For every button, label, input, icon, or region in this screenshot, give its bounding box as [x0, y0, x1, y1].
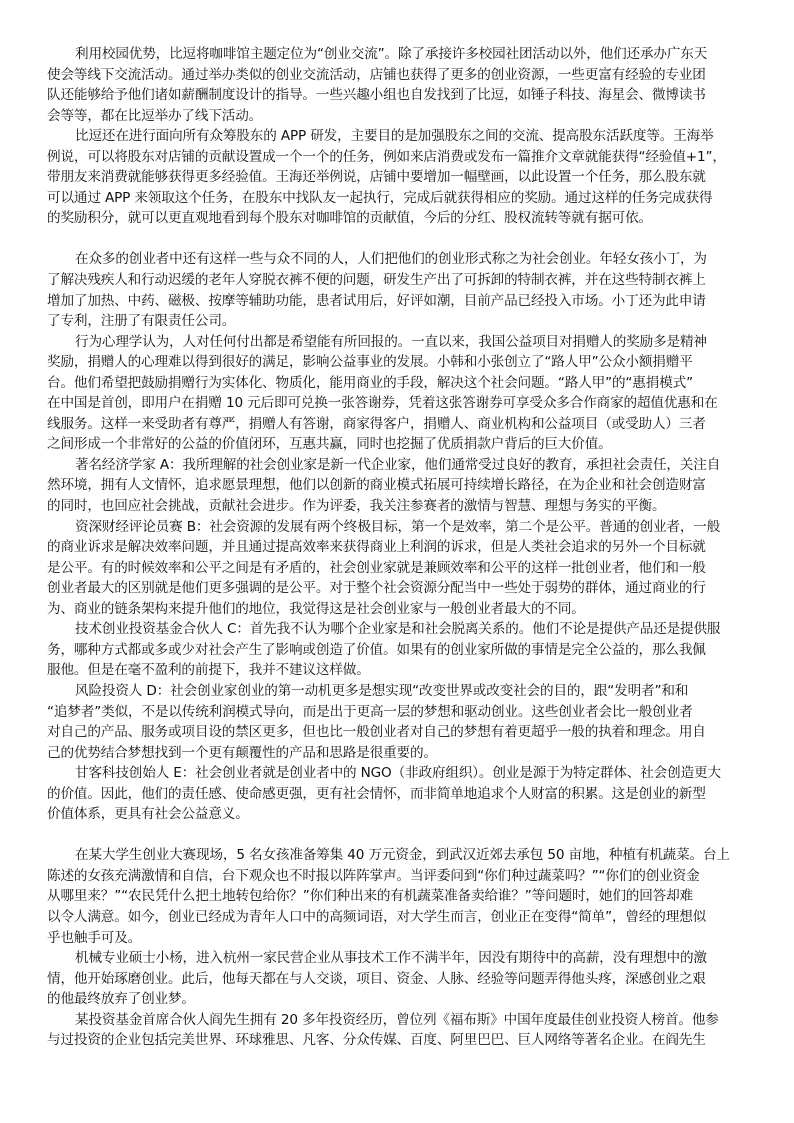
- paragraph: 风险投资人 D：社会创业家创业的第一动机更多是想实现“改变世界或改变社会的目的，…: [47, 681, 737, 763]
- section-spacer: [47, 229, 737, 250]
- text-line: 对自己的产品、服务或项目设的禁区更多，但也比一般创业者对自己的梦想有着更超乎一般…: [47, 722, 737, 743]
- text-line: 的商业诉求是解决效率问题，并且通过提高效率来获得商业上利润的诉求，但是人类社会追…: [47, 537, 737, 558]
- text-line: 例说，可以将股东对店铺的贡献设置成一个一个的任务，例如来店消费或发布一篇推介文章…: [47, 147, 737, 168]
- text-line: 某投资基金首席合伙人阎先生拥有 20 多年投资经历，曾位列《福布斯》中国年度最佳…: [47, 1010, 737, 1031]
- document-page: 利用校园优势，比逗将咖啡馆主题定位为“创业交流”。除了承接许多校园社团活动以外，…: [47, 44, 737, 1051]
- text-line: 使会等线下交流活动。通过举办类似的创业交流活动，店铺也获得了更多的创业资源，一些…: [47, 65, 737, 86]
- paragraph: 资深财经评论员赛 B：社会资源的发展有两个终极目标，第一个是效率，第二个是公平。…: [47, 517, 737, 620]
- text-line: 队还能够给予他们诸如薪酬制度设计的指导。一些兴趣小组也自发找到了比逗，如锤子科技…: [47, 85, 737, 106]
- text-line: 陈述的女孩充满激情和自信，台下观众也不时报以阵阵掌声。当评委问到“你们种过蔬菜吗…: [47, 866, 737, 887]
- text-line: 的他最终放弃了创业梦。: [47, 989, 737, 1010]
- text-line: 的价值。因此，他们的责任感、使命感更强，更有社会情怀，而非简单地追求个人财富的积…: [47, 784, 737, 805]
- text-line: 服他。但是在毫不盈利的前提下，我并不建议这样做。: [47, 660, 737, 681]
- paragraph: 利用校园优势，比逗将咖啡馆主题定位为“创业交流”。除了承接许多校园社团活动以外，…: [47, 44, 737, 126]
- text-line: 的奖励积分，就可以更直观地看到每个股东对咖啡馆的贡献值，今后的分红、股权流转等就…: [47, 208, 737, 229]
- text-line: 线服务。这样一来受助者有尊严，捐赠人有答谢，商家得客户，捐赠人、商业机构和公益项…: [47, 414, 737, 435]
- text-line: 资深财经评论员赛 B：社会资源的发展有两个终极目标，第一个是效率，第二个是公平。…: [47, 517, 737, 538]
- text-line: 著名经济学家 A：我所理解的社会创业家是新一代企业家，他们通常受过良好的教育，承…: [47, 455, 737, 476]
- text-line: 机械专业硕士小杨，进入杭州一家民营企业从事技术工作不满半年，因没有期待中的高薪，…: [47, 948, 737, 969]
- text-line: 技术创业投资基金合伙人 C：首先我不认为哪个企业家是和社会脱离关系的。他们不论是…: [47, 619, 737, 640]
- text-line: 增加了加热、中药、磁极、按摩等辅助功能，患者试用后，好评如潮，目前产品已经投入市…: [47, 291, 737, 312]
- text-line: 利用校园优势，比逗将咖啡馆主题定位为“创业交流”。除了承接许多校园社团活动以外，…: [47, 44, 737, 65]
- text-line: 可以通过 APP 来领取这个任务，在股东中找队友一起执行，完成后就获得相应的奖励…: [47, 188, 737, 209]
- text-line: 风险投资人 D：社会创业家创业的第一动机更多是想实现“改变世界或改变社会的目的，…: [47, 681, 737, 702]
- text-line: 在众多的创业者中还有这样一些与众不同的人，人们把他们的创业形式称之为社会创业。年…: [47, 249, 737, 270]
- paragraph: 在众多的创业者中还有这样一些与众不同的人，人们把他们的创业形式称之为社会创业。年…: [47, 249, 737, 331]
- text-line: 了解决残疾人和行动迟缓的老年人穿脱衣裤不便的问题，研发生产出了可拆卸的特制衣裤，…: [47, 270, 737, 291]
- text-line: 为、商业的链条架构来提升他们的地位，我觉得这是社会创业家与一般创业者最大的不同。: [47, 599, 737, 620]
- text-line: 然环境，拥有人文情怀，追求愿景理想，他们以创新的商业模式拓展可持续增长路径，在为…: [47, 475, 737, 496]
- text-line: 情，他开始琢磨创业。此后，他每天都在与人交谈，项目、资金、人脉、经验等问题弄得他…: [47, 969, 737, 990]
- text-line: 从哪里来？”“农民凭什么把土地转包给你？”你们种出来的有机蔬菜准备卖给谁？”等问…: [47, 886, 737, 907]
- text-line: 是公平。有的时候效率和公平之间是有矛盾的，社会创业家就是兼顾效率和公平的这样一批…: [47, 558, 737, 579]
- text-line: 会等等，都在比逗举办了线下活动。: [47, 106, 737, 127]
- paragraph: 比逗还在进行面向所有众筹股东的 APP 研发，主要目的是加强股东之间的交流、提高…: [47, 126, 737, 229]
- paragraph: 甘客科技创始人 E：社会创业者就是创业者中的 NGO（非政府组织）。创业是源于为…: [47, 763, 737, 825]
- text-line: 了专利，注册了有限责任公司。: [47, 311, 737, 332]
- section-cafe: 利用校园优势，比逗将咖啡馆主题定位为“创业交流”。除了承接许多校园社团活动以外，…: [47, 44, 737, 229]
- text-line: 台。他们希望把鼓励捐赠行为实体化、物质化，能用商业的手段，解决这个社会问题。“路…: [47, 373, 737, 394]
- paragraph: 技术创业投资基金合伙人 C：首先我不认为哪个企业家是和社会脱离关系的。他们不论是…: [47, 619, 737, 681]
- text-line: “追梦者”类似，不是以传统利润模式导向，而是出于更高一层的梦想和驱动创业。这些创…: [47, 702, 737, 723]
- text-line: 乎也触手可及。: [47, 928, 737, 949]
- text-line: 务，哪种方式都或多或少对社会产生了影响或创造了价值。如果有的创业家所做的事情是完…: [47, 640, 737, 661]
- paragraph: 机械专业硕士小杨，进入杭州一家民营企业从事技术工作不满半年，因没有期待中的高薪，…: [47, 948, 737, 1010]
- text-line: 行为心理学认为，人对任何付出都是希望能有所回报的。一直以来，我国公益项目对捐赠人…: [47, 332, 737, 353]
- text-line: 价值体系，更具有社会公益意义。: [47, 804, 737, 825]
- text-line: 在某大学生创业大赛现场，5 名女孩准备筹集 40 万元资金，到武汉近郊去承包 5…: [47, 845, 737, 866]
- text-line: 之间形成一个非常好的公益的价值闭环，互惠共赢，同时也挖掘了优质捐款户背后的巨大价…: [47, 434, 737, 455]
- text-line: 与过投资的企业包括完美世界、环球雅思、凡客、分众传媒、百度、阿里巴巴、巨人网络等…: [47, 1030, 737, 1051]
- text-line: 甘客科技创始人 E：社会创业者就是创业者中的 NGO（非政府组织）。创业是源于为…: [47, 763, 737, 784]
- paragraph: 著名经济学家 A：我所理解的社会创业家是新一代企业家，他们通常受过良好的教育，承…: [47, 455, 737, 517]
- paragraph: 某投资基金首席合伙人阎先生拥有 20 多年投资经历，曾位列《福布斯》中国年度最佳…: [47, 1010, 737, 1051]
- paragraph: 行为心理学认为，人对任何付出都是希望能有所回报的。一直以来，我国公益项目对捐赠人…: [47, 332, 737, 455]
- text-line: 在中国是首创，即用户在捐赠 10 元后即可兑换一张答谢券，凭着这张答谢券可享受众…: [47, 393, 737, 414]
- paragraph: 在某大学生创业大赛现场，5 名女孩准备筹集 40 万元资金，到武汉近郊去承包 5…: [47, 845, 737, 948]
- text-line: 己的优势结合梦想找到一个更有颠覆性的产品和思路是很重要的。: [47, 743, 737, 764]
- section-social-entrepreneurship: 在众多的创业者中还有这样一些与众不同的人，人们把他们的创业形式称之为社会创业。年…: [47, 249, 737, 824]
- section-student-startups: 在某大学生创业大赛现场，5 名女孩准备筹集 40 万元资金，到武汉近郊去承包 5…: [47, 845, 737, 1050]
- text-line: 创业者最大的区别就是他们更多强调的是公平。对于整个社会资源分配当中一些处于弱势的…: [47, 578, 737, 599]
- text-line: 带朋友来消费就能够获得更多经验值。王海还举例说，店铺中要增加一幅壁画，以此设置一…: [47, 167, 737, 188]
- text-line: 的同时，也回应社会挑战，贡献社会进步。作为评委，我关注参赛者的激情与智慧、理想与…: [47, 496, 737, 517]
- text-line: 奖励，捐赠人的心理难以得到很好的满足，影响公益事业的发展。小韩和小张创立了“路人…: [47, 352, 737, 373]
- text-line: 比逗还在进行面向所有众筹股东的 APP 研发，主要目的是加强股东之间的交流、提高…: [47, 126, 737, 147]
- text-line: 以令人满意。如今，创业已经成为青年人口中的高频词语，对大学生而言，创业正在变得“…: [47, 907, 737, 928]
- section-spacer: [47, 825, 737, 846]
